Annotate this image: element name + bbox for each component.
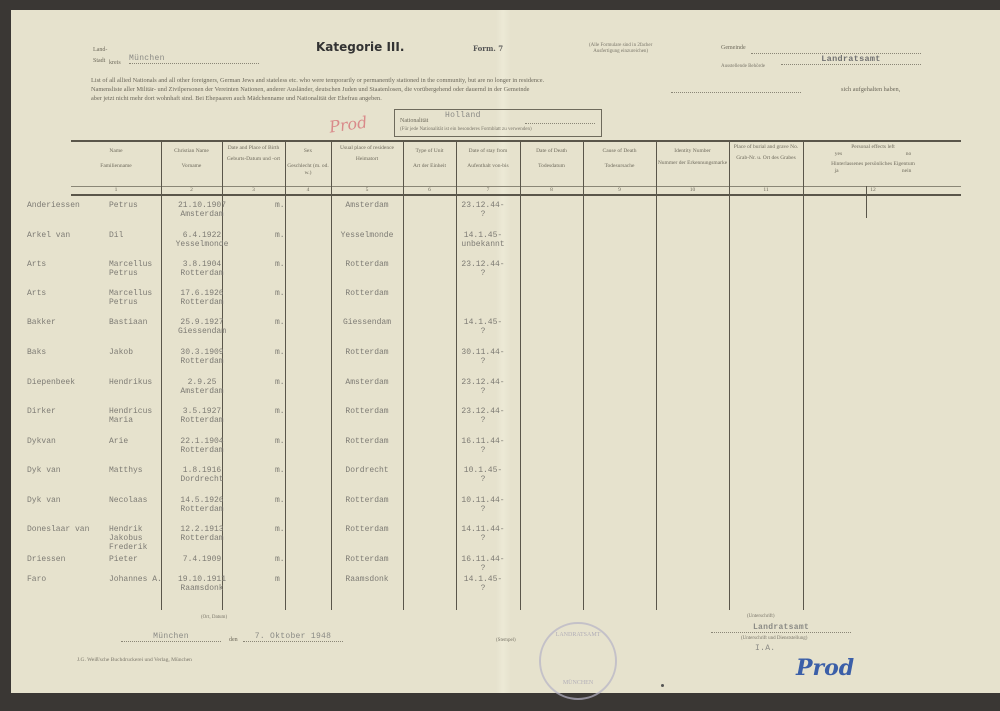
cell-residence: Rotterdam (331, 496, 403, 505)
cell-name: Dyk van (27, 496, 97, 505)
cell-sex: m (275, 575, 295, 584)
cell-first: Matthys (109, 466, 169, 475)
cell-residence: Rotterdam (331, 260, 403, 269)
cell-sex: m. (275, 466, 295, 475)
stamp-caption: (Stempel) (496, 638, 516, 643)
cell-sex: m. (275, 407, 295, 416)
cell-name: Faro (27, 575, 97, 584)
cell-first: Hendricus Maria (109, 407, 169, 425)
cell-first: Pieter (109, 555, 169, 564)
cell-name: Arkel van (27, 231, 97, 240)
cell-stay: 16.11.44- ? (451, 437, 515, 455)
cell-first: Necolaas (109, 496, 169, 505)
form-number: Form. 7 (473, 44, 503, 53)
cell-name: Arts (27, 289, 97, 298)
cell-dob: 7.4.1909 (169, 555, 235, 564)
col-header-12: Personal effects left yesno Hinterlassen… (803, 144, 943, 175)
table-top-rule (71, 140, 961, 142)
gemeinde-field (751, 47, 921, 54)
authority-value: Landratsamt (711, 623, 851, 633)
cell-first: Bastiaan (109, 318, 169, 327)
cell-name: Dirker (27, 407, 97, 416)
cell-sex: m. (275, 525, 295, 534)
cell-dob: 19.10.1911 Raamsdonk (169, 575, 235, 593)
cell-first: Marcellus Petrus (109, 260, 169, 278)
cell-name: Anderiessen (27, 201, 97, 210)
nationality-note: (Für jede Nationalität ist ein besondere… (400, 127, 532, 132)
cell-dob: 22.1.1904 Rotterdam (169, 437, 235, 455)
cell-first: Jakob (109, 348, 169, 357)
intro-english: List of all allied Nationals and all oth… (91, 76, 544, 85)
cell-stay: 10.1.45- ? (451, 466, 515, 484)
cell-stay: 23.12.44- ? (451, 201, 515, 219)
cell-residence: Raamsdonk (331, 575, 403, 584)
copy-note: (Alle Formulare sind in 2facher Ausferti… (589, 43, 652, 55)
cell-sex: m. (275, 289, 295, 298)
cell-sex: m. (275, 496, 295, 505)
nationality-value: Holland (445, 111, 481, 120)
cell-residence: Rotterdam (331, 348, 403, 357)
landkreis-value: München (129, 54, 259, 64)
cell-name: Baks (27, 348, 97, 357)
cell-first: Hendrikus (109, 378, 169, 387)
date-value: 7. Oktober 1948 (243, 632, 343, 642)
cell-name: Bakker (27, 318, 97, 327)
cell-stay: 16.11.44- ? (451, 555, 515, 573)
signature: Prod (796, 655, 854, 681)
cell-first: Marcellus Petrus (109, 289, 169, 307)
cell-first: Petrus (109, 201, 169, 210)
intro-german: Namensliste aller Militär- und Zivilpers… (91, 85, 529, 94)
cell-name: Dykvan (27, 437, 97, 446)
den-label: den (229, 637, 238, 643)
cell-sex: m. (275, 437, 295, 446)
cell-residence: Rotterdam (331, 437, 403, 446)
cell-sex: m. (275, 318, 295, 327)
cell-residence: Rotterdam (331, 407, 403, 416)
authority-caption: (Unterschrift) (747, 614, 775, 619)
gemeinde-blank (671, 90, 801, 93)
page-title: Kategorie III. (316, 40, 404, 54)
cell-sex: m. (275, 231, 295, 240)
cell-sex: m. (275, 555, 295, 564)
cell-residence: Rotterdam (331, 525, 403, 534)
cell-name: Arts (27, 260, 97, 269)
cell-residence: Rotterdam (331, 555, 403, 564)
intro-german-end: sich aufgehalten haben, (841, 85, 900, 94)
nationality-box: Nationalität Holland (Für jede Nationali… (394, 109, 602, 137)
cell-residence: Dordrecht (331, 466, 403, 475)
cell-dob: 1.8.1916 Dordrecht (169, 466, 235, 484)
official-stamp: LANDRATSAMT MÜNCHEN (539, 622, 617, 700)
document-page: Land- Stadt kreis München Kategorie III.… (11, 10, 1000, 693)
cell-stay: 30.11.44- ? (451, 348, 515, 366)
cell-residence: Rotterdam (331, 289, 403, 298)
cell-dob: 14.5.1926 Rotterdam (169, 496, 235, 514)
cell-sex: m. (275, 348, 295, 357)
cell-residence: Amsterdam (331, 201, 403, 210)
cell-name: Doneslaar van (27, 525, 97, 534)
behoerde-label: Ausstellende Behörde (721, 64, 765, 69)
cell-dob: 21.10.1907 Amsterdam (169, 201, 235, 219)
intro-german-2: aber jetzt nicht mehr dort wohnhaft sind… (91, 94, 382, 103)
pencil-annotation: Prod (328, 112, 369, 136)
cell-stay: 10.11.44- ? (451, 496, 515, 514)
cell-sex: m. (275, 260, 295, 269)
cell-sex: m. (275, 201, 295, 210)
cell-dob: 3.8.1904 Rotterdam (169, 260, 235, 278)
col-header-4: SexGeschlecht (m. od. w.) (285, 148, 331, 177)
behoerde-value: Landratsamt (781, 54, 921, 65)
col-header-6: Type of UnitArt der Einheit (403, 148, 456, 170)
printer-imprint: J.G. Weiß'sche Buchdruckerei und Verlag,… (77, 657, 192, 663)
col-header-11: Place of burial and grave No.Grab-Nr. u.… (729, 144, 803, 162)
cell-stay: 14.1.45- ? (451, 318, 515, 336)
cell-residence: Giessendam (331, 318, 403, 327)
col-header-1: NameFamilienname (71, 148, 161, 170)
cell-stay: 23.12.44- ? (451, 378, 515, 396)
cell-first: Hendrik Jakobus Frederik (109, 525, 169, 552)
kreis-label: kreis (109, 60, 121, 66)
ia-label: I.A. (755, 644, 775, 653)
cell-dob: 17.6.1926 Rotterdam (169, 289, 235, 307)
cell-name: Dyk van (27, 466, 97, 475)
col-header-10: Identity NumberNummer der Erkennungsmark… (656, 148, 729, 167)
nationality-label: Nationalität (400, 118, 428, 124)
cell-residence: Amsterdam (331, 378, 403, 387)
cell-stay: 23.12.44- ? (451, 407, 515, 425)
cell-dob: 12.2.1913 Rotterdam (169, 525, 235, 543)
cell-stay: 14.1.45- ? (451, 575, 515, 593)
cell-name: Diepenbeek (27, 378, 97, 387)
cell-residence: Yesselmonde (331, 231, 403, 240)
cell-dob: 6.4.1922 Yesselmonde (169, 231, 235, 249)
gemeinde-label: Gemeinde (721, 45, 746, 51)
cell-stay: 14.11.44- ? (451, 525, 515, 543)
cell-stay: 14.1.45- unbekannt (451, 231, 515, 249)
column-number-rule (71, 194, 961, 196)
cell-name: Driessen (27, 555, 97, 564)
cell-sex: m. (275, 378, 295, 387)
punch-mark (661, 684, 664, 687)
col-header-3: Date and Place of BirthGeburts-Datum und… (222, 145, 285, 163)
col-header-2: Christian NameVorname (161, 148, 222, 170)
place-caption: (Ort, Datum) (201, 615, 227, 620)
col-header-8: Date of DeathTodesdatum (520, 148, 583, 170)
place-value: München (121, 632, 221, 642)
signature-caption: (Unterschrift und Dienststellung) (741, 636, 807, 641)
cell-first: Dil (109, 231, 169, 240)
cell-first: Arie (109, 437, 169, 446)
cell-dob: 2.9.25 Amsterdam (169, 378, 235, 396)
col-header-7: Date of stay fromAufenthalt von-bis (456, 148, 520, 170)
cell-dob: 3.5.1927 Rotterdam (169, 407, 235, 425)
col-header-9: Cause of DeathTodesursache (583, 148, 656, 170)
cell-dob: 30.3.1909 Rotterdam (169, 348, 235, 366)
col-header-5: Usual place of residenceHeimatort (331, 145, 403, 163)
cell-first: Johannes A. (109, 575, 169, 584)
cell-dob: 25.9.1927 Giessendam (169, 318, 235, 336)
cell-stay: 23.12.44- ? (451, 260, 515, 278)
landkreis-label: Land- Stadt (93, 47, 107, 65)
